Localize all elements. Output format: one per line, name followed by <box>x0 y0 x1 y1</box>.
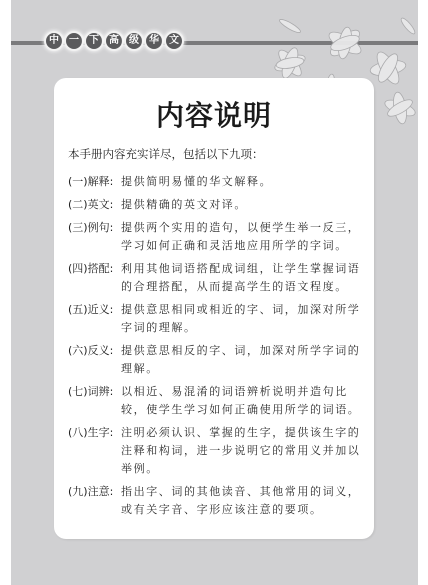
series-badge: 高 <box>106 33 122 49</box>
list-item: (六)反义: 提供意思相反的字、词，加深对所学字词的理解。 <box>68 342 364 378</box>
item-text: 提供精确的英文对译。 <box>121 196 364 214</box>
series-badge: 级 <box>126 33 142 49</box>
item-text: 注明必须认识、掌握的生字，提供该生字的注释和构词，进一步说明它的常用义并加以举例… <box>121 424 364 478</box>
item-text: 提供意思相反的字、词，加深对所学字词的理解。 <box>121 342 364 378</box>
item-label: (四)搭配: <box>68 260 121 296</box>
item-label: (九)注意: <box>68 483 121 519</box>
item-list: (一)解释: 提供简明易懂的华文解释。 (二)英文: 提供精确的英文对译。 (三… <box>68 173 364 524</box>
content-card: 内容说明 本手册内容充实详尽，包括以下九项： (一)解释: 提供简明易懂的华文解… <box>54 78 374 539</box>
item-label: (五)近义: <box>68 301 121 337</box>
page-title: 内容说明 <box>54 94 374 134</box>
series-badge: 中 <box>46 33 62 49</box>
list-item: (七)词辨: 以相近、易混淆的词语辨析说明并造句比较，使学生学习如何正确使用所学… <box>68 383 364 419</box>
intro-text: 本手册内容充实详尽，包括以下九项： <box>68 146 264 162</box>
list-item: (五)近义: 提供意思相同或相近的字、词，加深对所学字词的理解。 <box>68 301 364 337</box>
list-item: (八)生字: 注明必须认识、掌握的生字，提供该生字的注释和构词，进一步说明它的常… <box>68 424 364 478</box>
item-text: 以相近、易混淆的词语辨析说明并造句比较，使学生学习如何正确使用所学的词语。 <box>121 383 364 419</box>
item-text: 利用其他词语搭配成词组，让学生掌握词语的合理搭配，从而提高学生的语文程度。 <box>121 260 364 296</box>
series-badge: 下 <box>86 33 102 49</box>
series-title-badges: 中 一 下 高 级 华 文 <box>46 33 182 49</box>
item-label: (七)词辨: <box>68 383 121 419</box>
item-label: (八)生字: <box>68 424 121 478</box>
item-text: 提供两个实用的造句，以便学生举一反三，学习如何正确和灵活地应用所学的字词。 <box>121 219 364 255</box>
item-label: (三)例句: <box>68 219 121 255</box>
list-item: (三)例句: 提供两个实用的造句，以便学生举一反三，学习如何正确和灵活地应用所学… <box>68 219 364 255</box>
series-badge: 文 <box>166 33 182 49</box>
list-item: (一)解释: 提供简明易懂的华文解释。 <box>68 173 364 191</box>
series-badge: 一 <box>66 33 82 49</box>
item-label: (二)英文: <box>68 196 121 214</box>
list-item: (二)英文: 提供精确的英文对译。 <box>68 196 364 214</box>
item-text: 提供意思相同或相近的字、词，加深对所学字词的理解。 <box>121 301 364 337</box>
list-item: (四)搭配: 利用其他词语搭配成词组，让学生掌握词语的合理搭配，从而提高学生的语… <box>68 260 364 296</box>
item-text: 指出字、词的其他读音、其他常用的词义，或有关字音、字形应该注意的要项。 <box>121 483 364 519</box>
item-label: (一)解释: <box>68 173 121 191</box>
series-badge: 华 <box>146 33 162 49</box>
list-item: (九)注意: 指出字、词的其他读音、其他常用的词义，或有关字音、字形应该注意的要… <box>68 483 364 519</box>
item-label: (六)反义: <box>68 342 121 378</box>
item-text: 提供简明易懂的华文解释。 <box>121 173 364 191</box>
